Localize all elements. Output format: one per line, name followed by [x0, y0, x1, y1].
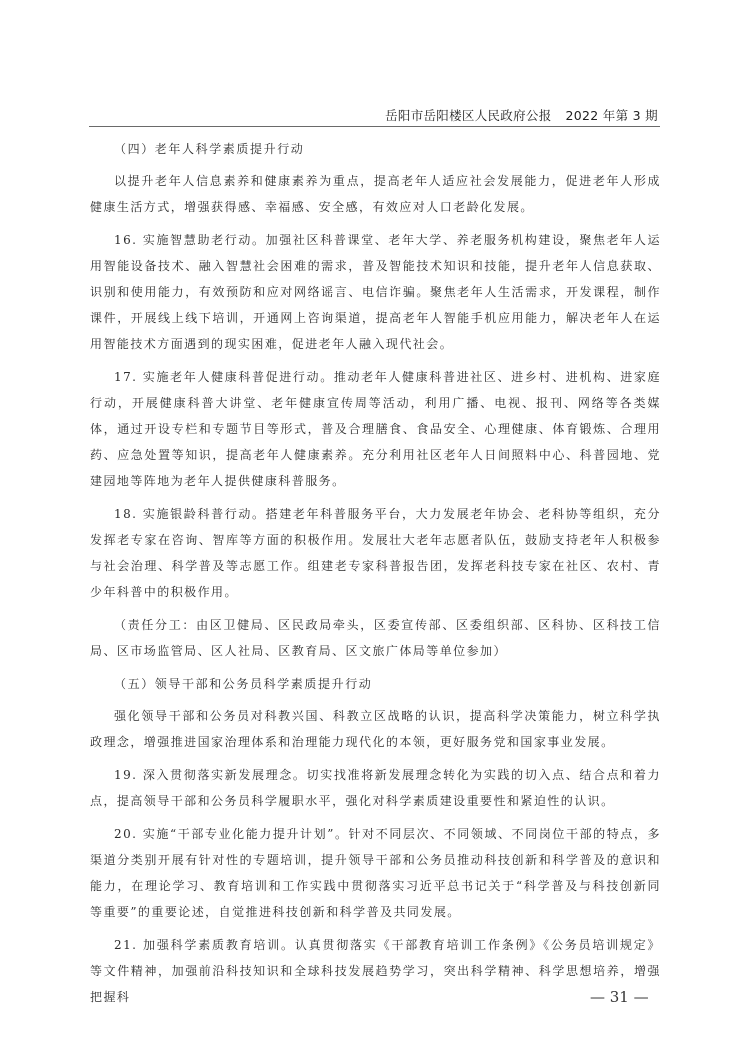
paragraph-item-17: 17. 实施老年人健康科普促进行动。推动老年人健康科普进社区、进乡村、进机构、进…: [90, 364, 661, 494]
running-header: 岳阳市岳阳楼区人民政府公报2022 年第 3 期: [89, 106, 660, 127]
paragraph-item-16: 16. 实施智慧助老行动。加强社区科普课堂、老年大学、养老服务机构建设，聚焦老年…: [90, 227, 661, 357]
paragraph-item-19: 19. 深入贯彻落实新发展理念。切实找准将新发展理念转化为实践的切入点、结合点和…: [90, 762, 661, 814]
section-heading-officials: （五）领导干部和公务员科学素质提升行动: [90, 671, 661, 697]
section-heading-elderly: （四）老年人科学素质提升行动: [90, 136, 661, 162]
paragraph-elderly-intro: 以提升老年人信息素养和健康素养为重点，提高老年人适应社会发展能力，促进老年人形成…: [90, 168, 661, 220]
page-number: — 31 —: [590, 988, 649, 1006]
paragraph-item-20: 20. 实施“干部专业化能力提升计划”。针对不同层次、不同领域、不同岗位干部的特…: [90, 821, 661, 925]
paragraph-officials-intro: 强化领导干部和公务员对科教兴国、科教立区战略的认识，提高科学决策能力，树立科学执…: [90, 703, 661, 755]
publication-title: 岳阳市岳阳楼区人民政府公报: [385, 108, 551, 123]
document-body: （四）老年人科学素质提升行动 以提升老年人信息素养和健康素养为重点，提高老年人适…: [90, 136, 661, 1017]
header-text: 岳阳市岳阳楼区人民政府公报2022 年第 3 期: [385, 106, 658, 124]
paragraph-item-21: 21. 加强科学素质教育培训。认真贯彻落实《干部教育培训工作条例》《公务员培训规…: [90, 932, 661, 1010]
responsibility-note: （责任分工：由区卫健局、区民政局牵头，区委宣传部、区委组织部、区科协、区科技工信…: [90, 612, 661, 664]
paragraph-item-18: 18. 实施银龄科普行动。搭建老年科普服务平台，大力发展老年协会、老科协等组织，…: [90, 501, 661, 605]
issue-number: 2022 年第 3 期: [566, 108, 659, 123]
